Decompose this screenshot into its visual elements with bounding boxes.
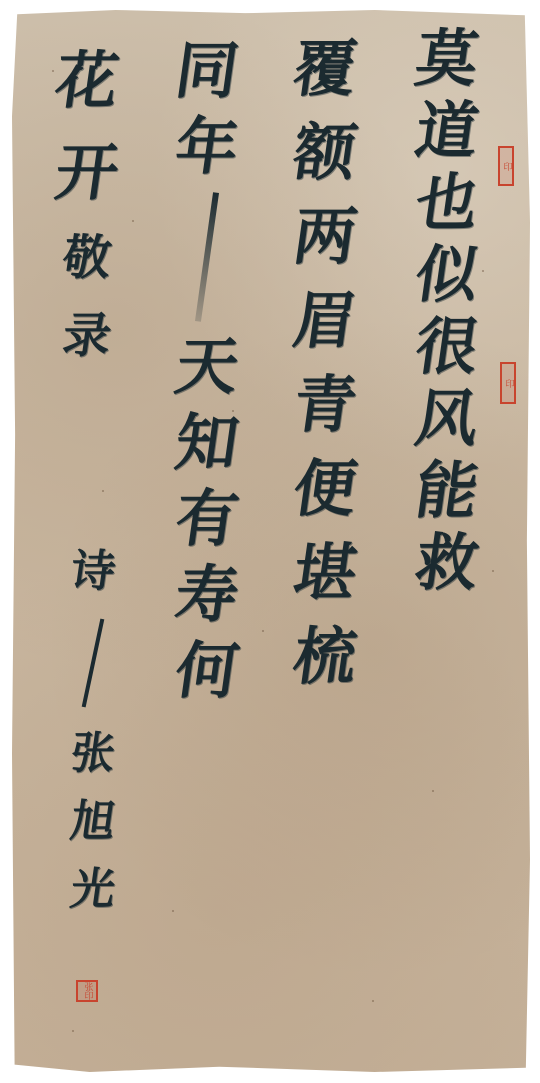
paper-speck [372,1000,374,1002]
character: 两 [290,206,361,268]
character: 光 [68,868,118,912]
paper-speck [132,220,134,222]
seal-signature: 张印 [76,980,98,1002]
paper-speck [102,490,104,492]
calligraphy-column-3: 同 年 天 知 有 寿 何 [162,40,252,702]
character: 风 [412,388,483,450]
character: 年 [172,116,243,178]
paper-speck [432,790,434,792]
character: 诗 [68,550,118,594]
calligraphy-column-2: 覆 额 两 眉 青 便 堪 梳 [280,38,370,688]
paper-speck [172,910,174,912]
paper-speck [262,630,264,632]
character: 莫 [412,28,483,90]
character: 开 [52,142,123,204]
character: 道 [412,100,483,162]
seal-mid-right: 印 [500,362,516,404]
character: 同 [172,40,243,102]
character: 知 [172,412,243,474]
character: 录 [60,312,115,360]
character [82,619,105,708]
character: 旭 [68,800,118,844]
character: 张 [68,732,118,776]
character: 能 [412,460,483,522]
character: 便 [290,458,361,520]
character: 似 [412,244,483,306]
paper-speck [72,1030,74,1032]
character: 额 [290,122,361,184]
calligraphy-column-1: 莫 道 也 似 很 风 能 救 [402,28,492,594]
character: 眉 [290,290,361,352]
character: 也 [412,172,483,234]
paper-speck [492,570,494,572]
signature-column: 诗 张 旭 光 [48,550,138,912]
character: 寿 [172,564,243,626]
calligraphy-column-4: 花 开 敬 录 [42,50,132,360]
calligraphy-paper: 莫 道 也 似 很 风 能 救 覆 额 两 眉 青 便 堪 梳 同 年 天 知 … [12,10,530,1072]
character: 敬 [60,234,115,282]
seal-top-right: 印 [498,146,514,186]
character: 有 [172,488,243,550]
character: 覆 [290,38,361,100]
character: 梳 [290,626,361,688]
character: 救 [412,532,483,594]
character: 花 [52,50,123,112]
character: 天 [172,336,243,398]
character: 很 [412,316,483,378]
character: 何 [172,640,243,702]
character: 堪 [290,542,361,604]
character: 青 [290,374,361,436]
character [195,192,219,322]
